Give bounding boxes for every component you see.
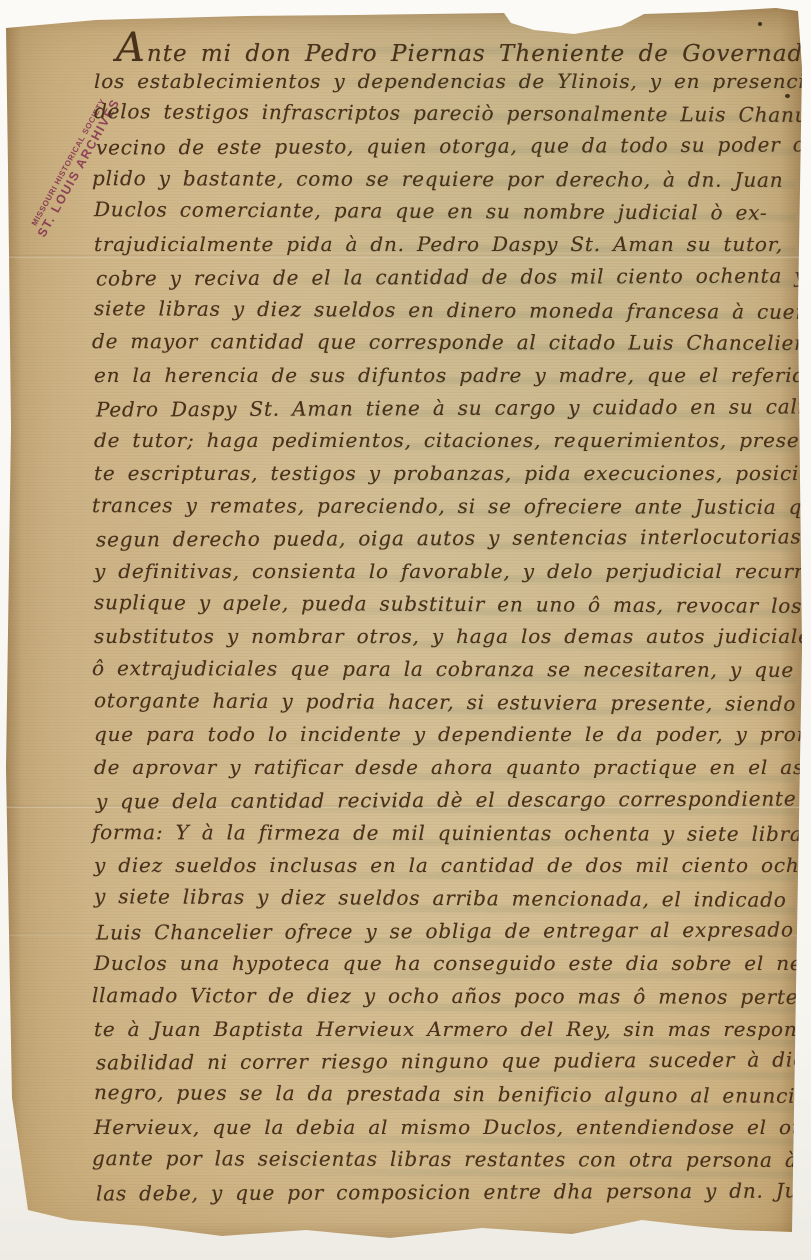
manuscript-line: suplique y apele, pueda substituir en un… (94, 586, 794, 622)
manuscript-line: de aprovar y ratificar desde ahora quant… (94, 751, 794, 784)
manuscript-line: te à Juan Baptista Hervieux Armero del R… (94, 1013, 794, 1046)
ink-speck (758, 22, 762, 26)
manuscript-line: Pedro Daspy St. Aman tiene à su cargo y … (96, 390, 796, 426)
manuscript-line: te escripturas, testigos y probanzas, pi… (94, 457, 794, 490)
manuscript-line: Duclos una hypoteca que ha conseguido es… (94, 947, 794, 980)
manuscript-line: sabilidad ni correr riesgo ninguno que p… (96, 1044, 796, 1080)
manuscript-text: Ante mi don Pedro Piernas Theniente de G… (94, 32, 794, 1209)
manuscript-line: y diez sueldos inclusas en la cantidad d… (94, 849, 794, 882)
manuscript-line: otorgante haria y podria hacer, si estuv… (94, 684, 794, 720)
manuscript-line: plido y bastante, como se requiere por d… (92, 162, 792, 197)
manuscript-line: de tutor; haga pedimientos, citaciones, … (94, 424, 794, 457)
manuscript-line: forma: Y à la firmeza de mil quinientas … (92, 816, 792, 851)
manuscript-line: delos testigos infrascriptos pareciò per… (94, 96, 794, 132)
manuscript-line: cobre y reciva de el la cantidad de dos … (96, 259, 796, 295)
manuscript-line: y definitivas, consienta lo favorable, y… (94, 555, 794, 588)
manuscript-line: ô extrajudiciales que para la cobranza s… (92, 652, 792, 687)
manuscript-line: Duclos comerciante, para que en su nombr… (94, 194, 794, 230)
manuscript-paper: MISSOURI HISTORICAL SOCIETY ST. LOUIS AR… (6, 8, 804, 1252)
manuscript-line: Ante mi don Pedro Piernas Theniente de G… (94, 32, 794, 65)
manuscript-line: siete libras y diez sueldos en dinero mo… (94, 292, 794, 328)
manuscript-line: los establecimientos y dependencias de Y… (94, 65, 794, 98)
scan-background: { "stamp": { "line1": "MISSOURI HISTORIC… (0, 0, 811, 1260)
manuscript-line: en la herencia de sus difuntos padre y m… (94, 359, 794, 392)
manuscript-line: y que dela cantidad recivida dè el desca… (96, 782, 796, 818)
manuscript-line: Hervieux, que la debia al mismo Duclos, … (94, 1111, 794, 1144)
manuscript-line: de mayor cantidad que corresponde al cit… (92, 325, 792, 360)
manuscript-line: gante por las seiscientas libras restant… (92, 1142, 792, 1177)
manuscript-line: las debe, y que por composicion entre dh… (96, 1175, 796, 1211)
manuscript-line: trajudicialmente pida à dn. Pedro Daspy … (94, 228, 794, 261)
manuscript-line: substitutos y nombrar otros, y haga los … (94, 620, 794, 653)
manuscript-line: negro, pues se la da prestada sin benifi… (94, 1076, 794, 1112)
manuscript-line: segun derecho pueda, oiga autos y senten… (96, 521, 796, 557)
manuscript-line: que para todo lo incidente y dependiente… (94, 718, 794, 751)
manuscript-line: Luis Chancelier ofrece y se obliga de en… (96, 913, 796, 949)
manuscript-line: vecino de este puesto, quien otorga, que… (96, 129, 796, 165)
manuscript-line: trances y remates, pareciendo, si se ofr… (92, 489, 792, 524)
manuscript-line: y siete libras y diez sueldos arriba men… (94, 880, 794, 916)
manuscript-line: llamado Victor de diez y ocho años poco … (92, 979, 792, 1014)
